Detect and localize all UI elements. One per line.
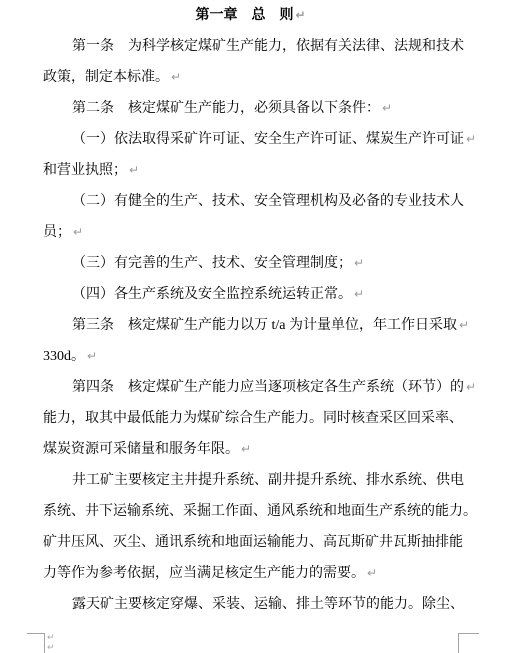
paragraph-return-mark-icon: ↵ xyxy=(459,318,469,332)
document-line: （二）有健全的生产、技术、安全管理机构及必备的专业技术人 xyxy=(43,186,458,217)
paragraph-return-mark-icon: ↵ xyxy=(466,132,476,146)
document-line: 露天矿主要核定穿爆、采装、运输、排土等环节的能力。除尘、 xyxy=(43,589,458,620)
line-text: 力等作为参考依据，应当满足核定生产能力的需要。 xyxy=(43,566,365,581)
document-line: 井工矿主要核定主井提升系统、副井提升系统、排水系统、供电 xyxy=(43,465,458,496)
line-text: 员； xyxy=(43,225,71,240)
document-line: 第二条 核定煤矿生产能力，必须具备以下条件：↵ xyxy=(43,93,458,124)
document-line: （一）依法取得采矿许可证、安全生产许可证、煤炭生产许可证↵ xyxy=(43,124,458,155)
line-text: 系统、井下运输系统、采掘工作面、通风系统和地面生产系统的能力。 xyxy=(43,504,477,519)
page-margin-corner-right-icon xyxy=(458,633,479,653)
line-text: 第二条 核定煤矿生产能力，必须具备以下条件： xyxy=(72,101,380,116)
line-text: （一）依法取得采矿许可证、安全生产许可证、煤炭生产许可证 xyxy=(72,132,464,147)
line-text: 政策，制定本标准。 xyxy=(43,70,169,85)
document-line: （四）各生产系统及安全监控系统运转正常。↵ xyxy=(43,279,458,310)
paragraph-return-mark-icon: ↵ xyxy=(354,256,364,270)
paragraph-return-mark-icon: ↵ xyxy=(354,287,364,301)
document-line: 第一章 总 则↵ xyxy=(43,0,458,31)
document-line: 员；↵ xyxy=(43,217,458,248)
paragraph-return-mark-icon: ↵ xyxy=(466,380,476,394)
line-text: （二）有健全的生产、技术、安全管理机构及必备的专业技术人 xyxy=(72,194,464,209)
document-line: 系统、井下运输系统、采掘工作面、通风系统和地面生产系统的能力。 xyxy=(43,496,458,527)
document-line: 煤炭资源可采储量和服务年限。↵ xyxy=(43,434,458,465)
return-mark-icon: ↵ xyxy=(47,633,55,643)
line-text: （四）各生产系统及安全监控系统运转正常。 xyxy=(72,287,352,302)
document-line: 第一条 为科学核定煤矿生产能力，依据有关法律、法规和技术 xyxy=(43,31,458,62)
line-text: 和营业执照； xyxy=(43,163,127,178)
document-line: 能力，取其中最低能力为煤矿综合生产能力。同时核查采区回采率、 xyxy=(43,403,458,434)
document-line: 政策，制定本标准。↵ xyxy=(43,62,458,93)
page-margin-corner-left-icon xyxy=(27,633,45,653)
line-text: 井工矿主要核定主井提升系统、副井提升系统、排水系统、供电 xyxy=(72,473,464,488)
paragraph-return-mark-icon: ↵ xyxy=(295,8,305,22)
document-page: 第一章 总 则↵ 第一条 为科学核定煤矿生产能力，依据有关法律、法规和技术 政策… xyxy=(0,0,519,653)
line-text: 第一章 总 则 xyxy=(195,8,293,23)
document-line: 矿井压风、灭尘、通讯系统和地面运输能力、高瓦斯矿井瓦斯抽排能 xyxy=(43,527,458,558)
document-line: 第三条 核定煤矿生产能力以万 t/a 为计量单位，年工作日采取↵ xyxy=(43,310,458,341)
document-line: （三）有完善的生产、技术、安全管理制度；↵ xyxy=(43,248,458,279)
line-text: （三）有完善的生产、技术、安全管理制度； xyxy=(72,256,352,271)
document-line: 和营业执照；↵ xyxy=(43,155,458,186)
line-text: 露天矿主要核定穿爆、采装、运输、排土等环节的能力。除尘、 xyxy=(72,597,464,612)
line-text: 第一条 为科学核定煤矿生产能力，依据有关法律、法规和技术 xyxy=(72,39,464,54)
document-line: 第四条 核定煤矿生产能力应当逐项核定各生产系统（环节）的↵ xyxy=(43,372,458,403)
document-body[interactable]: 第一章 总 则↵ 第一条 为科学核定煤矿生产能力，依据有关法律、法规和技术 政策… xyxy=(43,0,458,620)
document-line: 力等作为参考依据，应当满足核定生产能力的需要。↵ xyxy=(43,558,458,589)
paragraph-return-mark-icon: ↵ xyxy=(382,101,392,115)
line-text: 第四条 核定煤矿生产能力应当逐项核定各生产系统（环节）的 xyxy=(72,380,464,395)
line-text: 第三条 核定煤矿生产能力以万 t/a 为计量单位，年工作日采取 xyxy=(72,318,457,333)
return-mark-icon: ↵ xyxy=(47,643,55,653)
line-text: 矿井压风、灭尘、通讯系统和地面运输能力、高瓦斯矿井瓦斯抽排能 xyxy=(43,535,463,550)
document-line: 330d。↵ xyxy=(43,341,458,372)
paragraph-return-mark-icon: ↵ xyxy=(87,349,97,363)
paragraph-return-mark-icon: ↵ xyxy=(367,566,377,580)
line-text: 能力，取其中最低能力为煤矿综合生产能力。同时核查采区回采率、 xyxy=(43,411,463,426)
bottom-return-marks: ↵ ↵ xyxy=(47,633,55,653)
line-text: 330d。 xyxy=(43,349,85,364)
paragraph-return-mark-icon: ↵ xyxy=(73,225,83,239)
paragraph-return-mark-icon: ↵ xyxy=(241,442,251,456)
line-text: 煤炭资源可采储量和服务年限。 xyxy=(43,442,239,457)
paragraph-return-mark-icon: ↵ xyxy=(171,70,181,84)
paragraph-return-mark-icon: ↵ xyxy=(129,163,139,177)
